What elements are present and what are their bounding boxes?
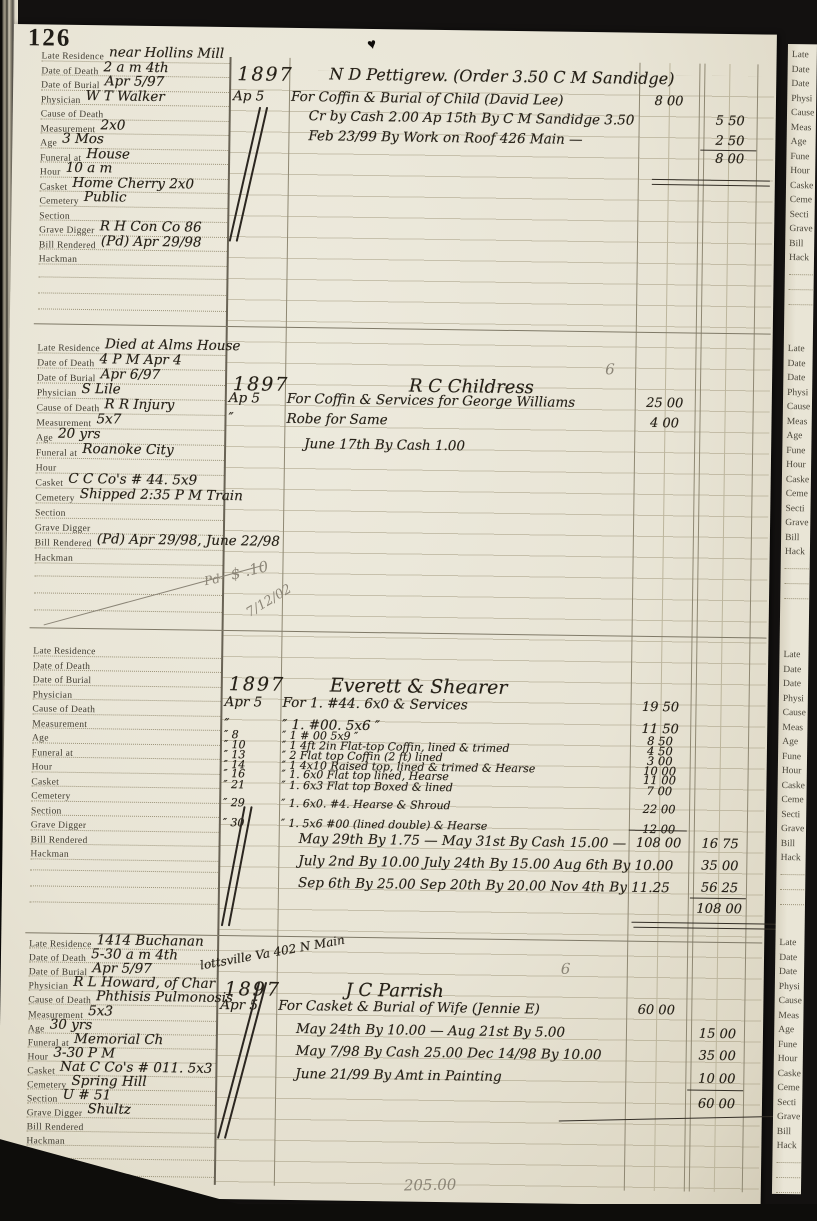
record-separator (30, 627, 767, 638)
next-page-dotted-line (780, 903, 817, 905)
field-value: Shultz (87, 1101, 131, 1118)
pencil-swoosh-line (44, 565, 264, 626)
ledger-amount-payments: 8 00 (703, 152, 756, 168)
next-page-field-label: Hack (789, 253, 809, 263)
ledger-row-description: May 24th By 10.00 — Aug 21st By 5.00 (296, 1021, 565, 1041)
ledger-row-description: May 29th By 1.75 — May 31st By Cash 15.0… (299, 831, 627, 852)
next-page-field-label: Fune (786, 446, 805, 456)
next-page-dotted-line (776, 1191, 816, 1193)
ink-blot-heart: ♥ (366, 36, 379, 55)
ledger-row-description: Cr by Cash 2.00 Ap 15th By C M Sandidge … (309, 108, 635, 129)
next-page-field-label: Date (783, 679, 801, 689)
field-value: Public (84, 189, 127, 206)
ledger-row: June 17th By Cash 1.00 (224, 435, 769, 463)
ledger-row-description: For 1. #44. 6x0 & Services (282, 695, 467, 714)
next-page-field-label: Cause (779, 996, 802, 1006)
ledger-row-date: ″ 21 (223, 778, 281, 792)
next-page-field-label: Ceme (781, 795, 803, 805)
field-label: Hackman (34, 553, 73, 564)
next-page-field-label: Bill (777, 1126, 791, 1136)
next-page-field-label: Late (779, 938, 796, 948)
next-page-field-label: Date (792, 65, 810, 75)
next-page-field-label: Cause (783, 708, 806, 718)
next-page-field-label: Hour (786, 460, 806, 470)
next-page-field-label: Ceme (790, 195, 812, 205)
ledger-amount-charges: 25 00 (635, 396, 695, 412)
field-value: W T Walker (86, 88, 165, 105)
next-page-dotted-line (784, 598, 817, 600)
next-page-field-label: Secti (777, 1097, 796, 1107)
ledger-amount-charges: 8 00 (639, 94, 699, 110)
field-value: Phthisis Pulmonosis (96, 989, 233, 1007)
blank-dotted-line (38, 276, 226, 280)
blank-dotted-line (34, 609, 222, 613)
footer-pencil-total: 205.00 (404, 1175, 457, 1194)
ledger-amount-charges: 108 00 (629, 836, 689, 852)
next-page-field-label: Bill (785, 533, 799, 543)
next-page-field-label: Fune (778, 1039, 797, 1049)
next-page-dotted-line (780, 888, 817, 890)
field-row-hackman: Hackman (26, 1131, 214, 1149)
field-value: S Lile (81, 381, 120, 398)
blank-dotted-line (30, 885, 218, 889)
field-value: 3 Mos (62, 131, 104, 148)
blank-dotted-line (30, 869, 218, 873)
ledger-row-description: Sep 6th By 25.00 Sep 20th By 20.00 Nov 4… (298, 875, 670, 896)
next-page-dotted-line (789, 289, 817, 291)
next-page-field-label: Caske (790, 181, 813, 191)
next-page-field-label: Date (787, 373, 805, 383)
total-rule (652, 179, 770, 182)
ledger-row-description: ″ 1. 6x3 Flat top Boxed & lined (281, 779, 453, 794)
next-page-field-label: Cause (791, 108, 814, 118)
next-page-dotted-line (776, 1161, 816, 1163)
ledger-page: 126 Late Residencenear Hollins MillDate … (0, 24, 777, 1207)
next-page-field-label: Hack (781, 853, 801, 863)
next-page-field-label: Age (778, 1025, 794, 1035)
record-separator (34, 323, 771, 334)
field-label: Hackman (39, 254, 78, 265)
ledger-amount-charges: 19 50 (630, 700, 690, 716)
blank-dotted-line (38, 308, 226, 312)
next-page-field-label: Caske (782, 780, 805, 790)
ledger-amount-charges: 7 00 (629, 784, 689, 799)
ledger-row-description: ″ 1. 6x0. #4. Hearse & Shroud (281, 797, 451, 812)
next-page-field-label: Grave (777, 1112, 800, 1122)
next-page-field-label: Caske (786, 475, 809, 485)
next-page-field-label: Hour (790, 166, 810, 176)
blank-dotted-line (38, 292, 226, 296)
next-page-field-label: Cause (787, 402, 810, 412)
blank-dotted-line (30, 901, 218, 905)
next-page-dotted-line (776, 1176, 816, 1178)
ledger-row-date: Ap 5 (229, 390, 287, 407)
next-page-field-label: Meas (782, 722, 803, 732)
next-page-field-label: Hour (782, 766, 802, 776)
next-page-field-label: Date (779, 952, 797, 962)
field-label: Hackman (30, 849, 69, 860)
ledger-amount-payments: 35 00 (691, 1049, 744, 1065)
next-page-dotted-line (780, 873, 817, 875)
next-page-field-label: Date (783, 664, 801, 674)
blank-dotted-line (34, 575, 222, 579)
next-page-dotted-line (789, 274, 817, 276)
next-page-field-label: Fune (782, 751, 801, 761)
next-page-field-label: Grave (789, 224, 812, 234)
next-page-field-label: Bill (781, 838, 795, 848)
next-page-field-label: Date (779, 967, 797, 977)
pencil-mark: 6 (605, 360, 615, 378)
photo-bottom-band (0, 1204, 817, 1221)
ledger-amount-charges: 4 00 (634, 416, 694, 432)
next-page-dotted-line (788, 304, 817, 306)
ledger-amount-payments: 16 75 (694, 837, 747, 853)
next-page-field-label: Meas (787, 417, 808, 427)
next-page-field-label: Ceme (786, 489, 808, 499)
next-page-field-label: Late (783, 650, 800, 660)
next-page-field-label: Secti (790, 210, 809, 220)
ledger-year: 1897 (237, 63, 294, 86)
ledger-row-description: June 17th By Cash 1.00 (304, 436, 465, 454)
total-rule (652, 184, 770, 187)
field-value: 5x7 (96, 411, 121, 427)
next-page-field-label: Secti (785, 504, 804, 514)
ledger-row-description: Feb 23/99 By Work on Roof 426 Main — (308, 128, 582, 148)
field-value: (Pd) Apr 29/98, June 22/98 (97, 531, 280, 550)
next-page-field-label: Late (792, 50, 809, 60)
next-page-dotted-line (785, 568, 817, 570)
ledger-row-date: ″ 30 (223, 816, 281, 830)
ledger-row-description: June 21/99 By Amt in Painting (295, 1066, 502, 1085)
field-row-hackman: Hackman (39, 248, 227, 266)
ledger-amount-charges: 22 00 (629, 802, 689, 817)
next-page-field-label: Physi (791, 94, 812, 104)
ledger-amount-payments: 35 00 (693, 859, 746, 875)
field-row-hackman: Hackman (34, 547, 222, 566)
next-page-field-label: Age (791, 137, 807, 147)
next-page-field-label: Hour (778, 1054, 798, 1064)
physician-overflow: lottsville Va 402 N Main (199, 933, 346, 973)
ledger-row-date: ″ (228, 410, 286, 427)
pencil-note-amount: $ .10 (229, 557, 270, 583)
next-page-field-label: Age (786, 431, 802, 441)
ledger-row-description: For Coffin & Burial of Child (David Lee) (291, 89, 564, 109)
field-value: 20 yrs (58, 426, 101, 443)
next-page-dotted-line (784, 583, 817, 585)
field-value: (Pd) Apr 29/98 (101, 233, 202, 250)
next-page-field-label: Secti (781, 809, 800, 819)
next-page-field-label: Physi (787, 388, 808, 398)
ledger-amount-charges: 60 00 (626, 1003, 686, 1019)
ledger-amount-payments: 10 00 (690, 1072, 743, 1088)
ledger-amount-payments: 5 50 (704, 114, 757, 130)
ledger-amount-payments: 15 00 (691, 1027, 744, 1043)
ledger-row-description: July 2nd By 10.00 July 24th By 15.00 Aug… (298, 853, 673, 874)
next-page-field-label: Physi (779, 981, 800, 991)
next-page-field-label: Grave (785, 518, 808, 528)
next-page-field-label: Fune (790, 152, 809, 162)
ledger-amount-payments: 60 00 (690, 1097, 743, 1113)
ledger-row-description: For Coffin & Services for George William… (287, 391, 576, 411)
ledger-row: 60 00 (215, 1090, 760, 1118)
pencil-note-date: 7/12/02 (244, 582, 295, 621)
next-page-field-label: Grave (781, 824, 804, 834)
next-page-field-label: Hack (777, 1141, 797, 1151)
ledger-row-date: Apr 5 (224, 694, 282, 711)
ledger-row-date: Ap 5 (233, 88, 291, 105)
next-page-field-label: Bill (789, 239, 803, 249)
next-page-field-label: Date (787, 359, 805, 369)
ledger-amount-payments: 2 50 (703, 134, 756, 150)
next-page-field-label: Hack (785, 547, 805, 557)
next-page-field-label: Caske (778, 1068, 801, 1078)
ledger-year: 1897 (229, 673, 286, 696)
next-page-edge: LateDateDatePhysiCauseMeasAgeFuneHourCas… (772, 44, 817, 1194)
blank-dotted-line (34, 592, 222, 596)
ledger-row: June 21/99 By Amt in Painting10 00 (215, 1065, 760, 1093)
field-value: Roanoke City (82, 441, 174, 458)
next-page-field-label: Meas (791, 123, 812, 133)
total-rule (633, 927, 778, 930)
total-rule (559, 1116, 774, 1122)
next-page-field-label: Age (782, 737, 798, 747)
next-page-field-label: Ceme (777, 1083, 799, 1093)
field-value: Shipped 2:35 P M Train (80, 486, 243, 504)
ledger-amount-payments: 56 25 (693, 881, 746, 897)
ledger-photo: { "page": { "number": "126", "footer_pen… (0, 0, 817, 1221)
next-page-field-label: Date (791, 79, 809, 89)
next-page-field-label: Late (788, 344, 805, 354)
field-row-hackman: Hackman (30, 843, 218, 861)
ledger-account-name: N D Pettigrew. (Order 3.50 C M Sandidge) (329, 64, 674, 88)
next-page-field-label: Meas (778, 1010, 799, 1020)
ledger-row-description: Robe for Same (286, 411, 387, 428)
field-label: Hackman (26, 1137, 65, 1148)
ledger-row-description: For Casket & Burial of Wife (Jennie E) (278, 998, 540, 1018)
ledger-row-description: May 7/98 By Cash 25.00 Dec 14/98 By 10.0… (296, 1043, 602, 1063)
ledger-amount-payments: 108 00 (693, 902, 746, 918)
next-page-field-label: Physi (783, 693, 804, 703)
pencil-mark: 6 (561, 960, 571, 978)
